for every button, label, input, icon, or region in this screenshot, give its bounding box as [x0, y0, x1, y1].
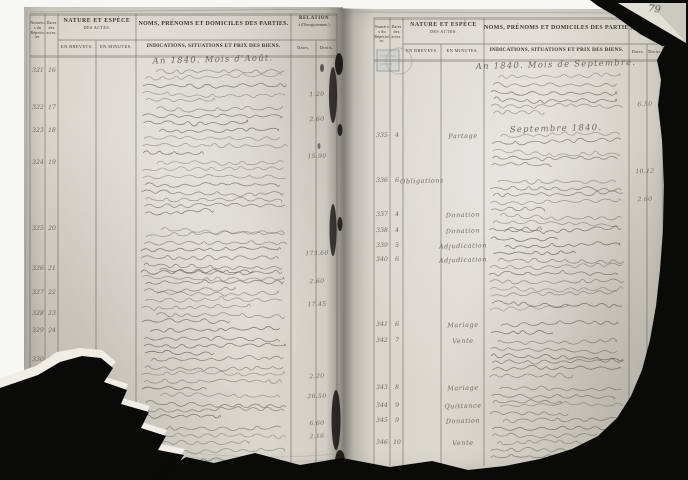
overlay-graphics	[0, 0, 688, 480]
torn-area-bottom-right	[150, 40, 688, 480]
ink-stains	[318, 53, 346, 474]
handwriting-strokes	[141, 69, 624, 462]
revenue-stamp-icon	[377, 48, 412, 74]
register-scan: Numéros du Répertoire. Dates des actes. …	[0, 0, 688, 480]
